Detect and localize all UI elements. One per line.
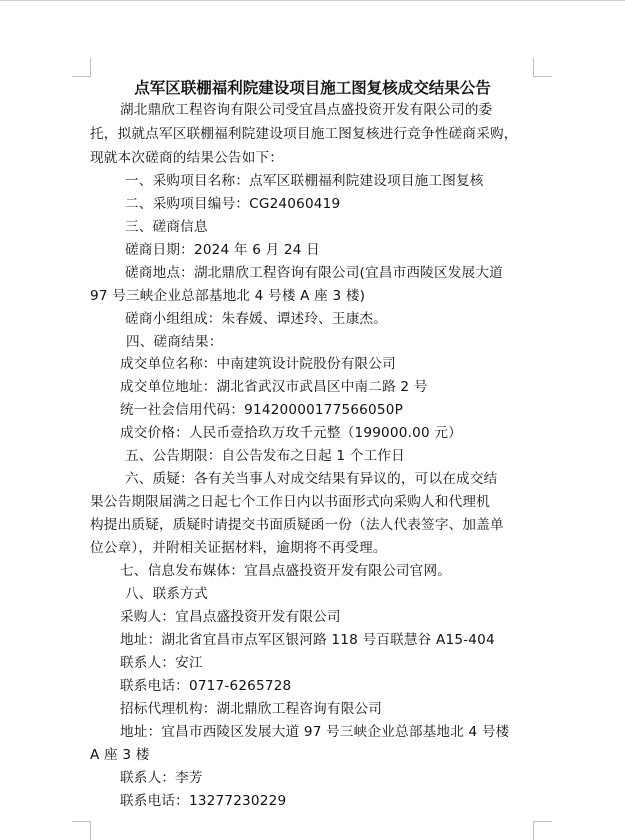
document-line: 二、采购项目编号：CG24060419 xyxy=(125,195,340,213)
document-line: 成交单位地址：湖北省武汉市武昌区中南二路 2 号 xyxy=(120,378,428,396)
margin-corner-mark-bottom-left xyxy=(72,821,91,840)
document-line: 七、信息发布媒体：宜昌点盛投资开发有限公司官网。 xyxy=(120,562,451,580)
document-line: 五、公告期限：自公告发布之日起 1 个工作日 xyxy=(125,447,405,465)
margin-corner-mark-top-right xyxy=(533,58,552,77)
document-line: 六、质疑：各有关当事人对成交结果有异议的，可以在成交结 xyxy=(125,470,497,488)
document-line: 湖北鼎欣工程咨询有限公司受宜昌点盛投资开发有限公司的委 xyxy=(120,101,492,119)
document-line: 联系电话：0717-6265728 xyxy=(120,677,291,695)
document-line: 联系人：安江 xyxy=(120,654,203,672)
document-line: 地址：宜昌市西陵区发展大道 97 号三峡企业总部基地北 4 号楼 xyxy=(120,723,509,741)
margin-corner-mark-bottom-right xyxy=(533,821,552,840)
document-line: 采购人：宜昌点盛投资开发有限公司 xyxy=(120,608,341,626)
document-line: 联系人：李芳 xyxy=(120,769,203,787)
document-line: 磋商地点：湖北鼎欣工程咨询有限公司(宜昌市西陵区发展大道 xyxy=(125,264,503,282)
document-line: 地址：湖北省宜昌市点军区银河路 118 号百联慧谷 A15-404 xyxy=(120,631,495,649)
document-title: 点军区联棚福利院建设项目施工图复核成交结果公告 xyxy=(90,78,535,98)
document-line: 现就本次磋商的结果公告如下： xyxy=(90,149,283,167)
document-line: 构提出质疑，质疑时请提交书面质疑函一份（法人代表签字、加盖单 xyxy=(90,516,504,534)
document-line: 成交价格：人民币壹拾玖万玫千元整（199000.00 元） xyxy=(120,424,462,442)
document-line: 统一社会信用代码：91420000177566050P xyxy=(120,401,403,419)
document-line: 托，拟就点军区联棚福利院建设项目施工图复核进行竞争性磋商采购， xyxy=(90,125,518,143)
document-line: A 座 3 楼 xyxy=(90,746,150,764)
document-line: 三、磋商信息 xyxy=(125,218,208,236)
document-line: 位公章），并附相关证据材料，逾期将不再受理。 xyxy=(90,539,387,557)
document-line: 八、联系方式 xyxy=(125,585,208,603)
document-line: 97 号三峡企业总部基地北 4 号楼 A 座 3 楼) xyxy=(90,287,365,305)
document-line: 四、磋商结果： xyxy=(126,333,223,351)
document-line: 磋商小组组成：朱春媛、谭述玲、王康杰。 xyxy=(125,310,387,328)
document-line: 果公告期限届满之日起七个工作日内以书面形式向采购人和代理机 xyxy=(90,493,490,511)
margin-corner-mark-top-left xyxy=(72,58,91,77)
page-top-edge xyxy=(0,0,625,1)
document-line: 联系电话：13277230229 xyxy=(120,792,286,810)
document-line: 成交单位名称：中南建筑设计院股份有限公司 xyxy=(120,355,396,373)
document-line: 一、采购项目名称：点军区联棚福利院建设项目施工图复核 xyxy=(125,172,484,190)
document-line: 磋商日期：2024 年 6 月 24 日 xyxy=(125,241,320,259)
document-line: 招标代理机构：湖北鼎欣工程咨询有限公司 xyxy=(120,700,382,718)
